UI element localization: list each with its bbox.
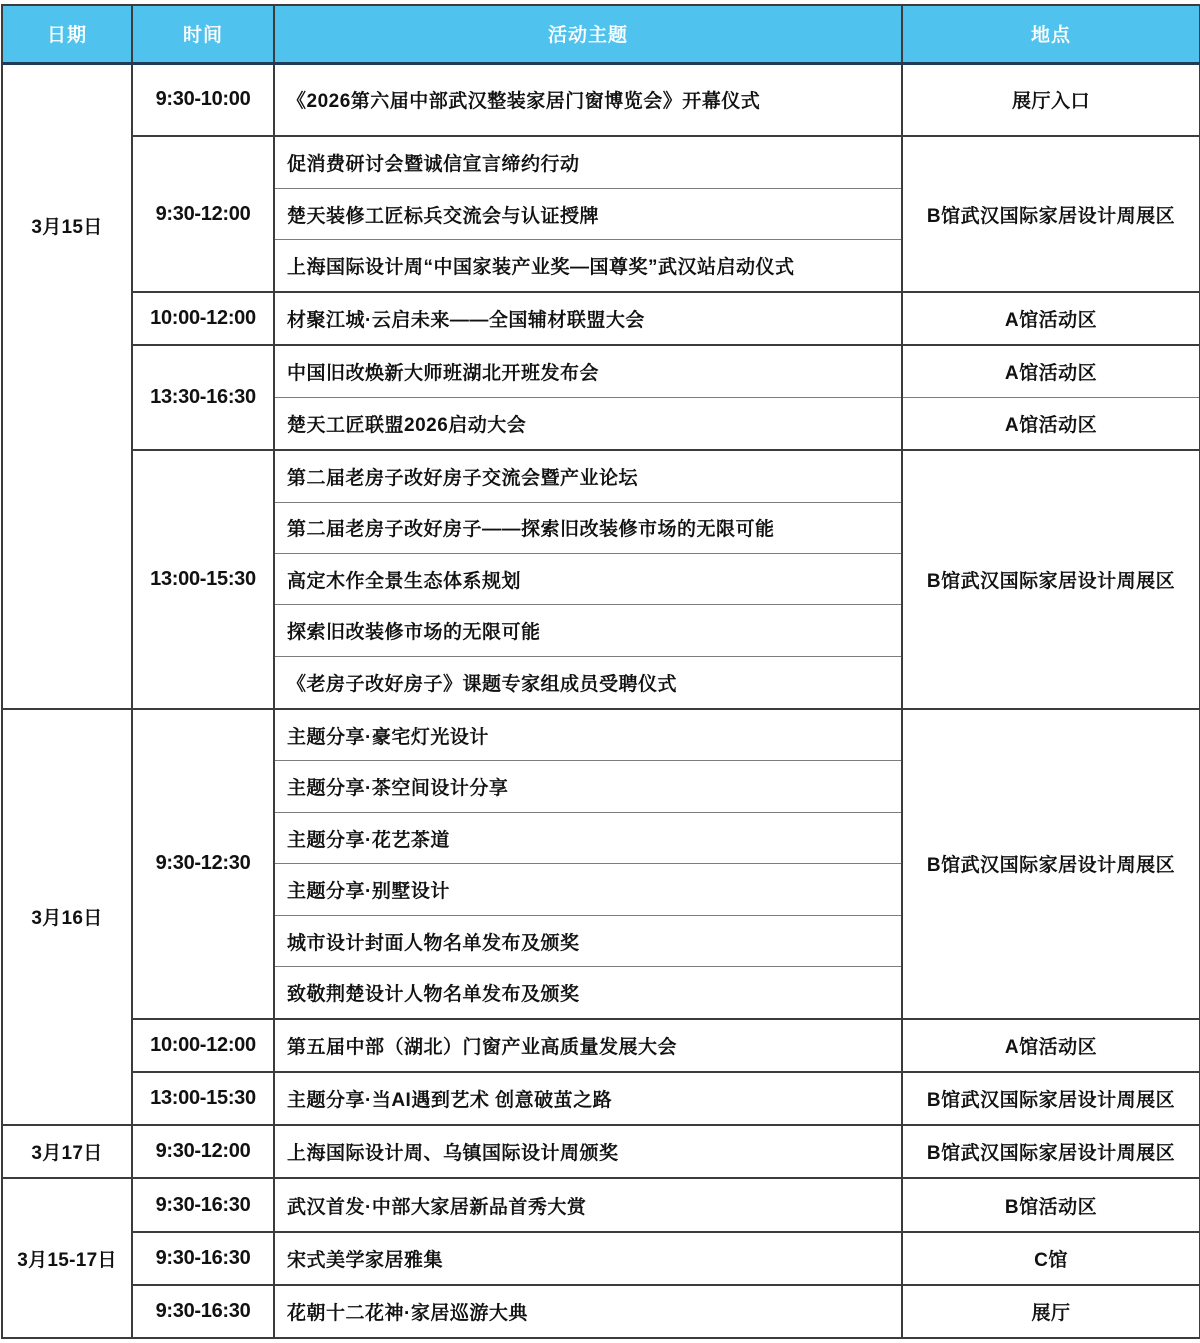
time-cell: 9:30-12:00 <box>132 136 274 292</box>
date-cell: 3月15日 <box>2 63 132 709</box>
schedule-page: 日期 时间 活动主题 地点 3月15日 9:30-10:00 《2026第六届中… <box>0 0 1200 1343</box>
table-row: 13:30-16:30 中国旧改焕新大师班湖北开班发布会 A馆活动区 <box>2 345 1200 397</box>
table-row: 3月17日 9:30-12:00 上海国际设计周、乌镇国际设计周颁奖 B馆武汉国… <box>2 1125 1200 1178</box>
time-cell: 13:00-15:30 <box>132 450 274 709</box>
date-cell: 3月17日 <box>2 1125 132 1178</box>
location-cell: A馆活动区 <box>902 345 1200 397</box>
theme-cell: 主题分享·豪宅灯光设计 <box>274 709 902 761</box>
time-cell: 10:00-12:00 <box>132 1019 274 1072</box>
location-cell: B馆武汉国际家居设计周展区 <box>902 709 1200 1019</box>
header-date: 日期 <box>2 5 132 63</box>
date-cell: 3月16日 <box>2 709 132 1126</box>
theme-cell: 材聚江城·云启未来——全国辅材联盟大会 <box>274 292 902 345</box>
theme-cell: 致敬荆楚设计人物名单发布及颁奖 <box>274 967 902 1019</box>
time-cell: 10:00-12:00 <box>132 292 274 345</box>
time-cell: 9:30-16:30 <box>132 1232 274 1285</box>
theme-cell: 武汉首发·中部大家居新品首秀大赏 <box>274 1178 902 1231</box>
theme-cell: 《老房子改好房子》课题专家组成员受聘仪式 <box>274 656 902 708</box>
time-cell: 9:30-10:00 <box>132 63 274 136</box>
table-row: 9:30-16:30 花朝十二花神·家居巡游大典 展厅 <box>2 1285 1200 1338</box>
table-row: 10:00-12:00 第五届中部（湖北）门窗产业高质量发展大会 A馆活动区 <box>2 1019 1200 1072</box>
location-cell: B馆武汉国际家居设计周展区 <box>902 136 1200 292</box>
theme-cell: 主题分享·茶空间设计分享 <box>274 761 902 812</box>
theme-cell: 主题分享·当AI遇到艺术 创意破茧之路 <box>274 1072 902 1125</box>
table-row: 13:00-15:30 主题分享·当AI遇到艺术 创意破茧之路 B馆武汉国际家居… <box>2 1072 1200 1125</box>
theme-cell: 主题分享·别墅设计 <box>274 864 902 915</box>
time-cell: 9:30-12:00 <box>132 1125 274 1178</box>
location-cell: 展厅入口 <box>902 63 1200 136</box>
date-cell: 3月15-17日 <box>2 1178 132 1338</box>
theme-cell: 第五届中部（湖北）门窗产业高质量发展大会 <box>274 1019 902 1072</box>
time-cell: 13:00-15:30 <box>132 1072 274 1125</box>
time-cell: 9:30-16:30 <box>132 1285 274 1338</box>
table-row: 10:00-12:00 材聚江城·云启未来——全国辅材联盟大会 A馆活动区 <box>2 292 1200 345</box>
theme-cell: 宋式美学家居雅集 <box>274 1232 902 1285</box>
theme-cell: 促消费研讨会暨诚信宣言缔约行动 <box>274 136 902 188</box>
theme-cell: 上海国际设计周、乌镇国际设计周颁奖 <box>274 1125 902 1178</box>
table-row: 3月16日 9:30-12:30 主题分享·豪宅灯光设计 B馆武汉国际家居设计周… <box>2 709 1200 761</box>
theme-cell: 《2026第六届中部武汉整装家居门窗博览会》开幕仪式 <box>274 63 902 136</box>
table-header: 日期 时间 活动主题 地点 <box>2 5 1200 63</box>
location-cell: A馆活动区 <box>902 397 1200 449</box>
time-cell: 9:30-16:30 <box>132 1178 274 1231</box>
theme-cell: 探索旧改装修市场的无限可能 <box>274 605 902 656</box>
table-row: 9:30-16:30 宋式美学家居雅集 C馆 <box>2 1232 1200 1285</box>
theme-cell: 第二届老房子改好房子交流会暨产业论坛 <box>274 450 902 502</box>
theme-cell: 花朝十二花神·家居巡游大典 <box>274 1285 902 1338</box>
location-cell: A馆活动区 <box>902 1019 1200 1072</box>
location-cell: B馆武汉国际家居设计周展区 <box>902 450 1200 709</box>
theme-cell: 主题分享·花艺茶道 <box>274 812 902 863</box>
header-location: 地点 <box>902 5 1200 63</box>
theme-cell: 楚天工匠联盟2026启动大会 <box>274 397 902 449</box>
table-row: 3月15-17日 9:30-16:30 武汉首发·中部大家居新品首秀大赏 B馆活… <box>2 1178 1200 1231</box>
theme-cell: 第二届老房子改好房子——探索旧改装修市场的无限可能 <box>274 502 902 553</box>
location-cell: B馆武汉国际家居设计周展区 <box>902 1072 1200 1125</box>
header-time: 时间 <box>132 5 274 63</box>
theme-cell: 楚天装修工匠标兵交流会与认证授牌 <box>274 188 902 239</box>
time-cell: 9:30-12:30 <box>132 709 274 1019</box>
theme-cell: 城市设计封面人物名单发布及颁奖 <box>274 915 902 966</box>
location-cell: C馆 <box>902 1232 1200 1285</box>
theme-cell: 中国旧改焕新大师班湖北开班发布会 <box>274 345 902 397</box>
location-cell: 展厅 <box>902 1285 1200 1338</box>
event-schedule-table: 日期 时间 活动主题 地点 3月15日 9:30-10:00 《2026第六届中… <box>1 4 1200 1339</box>
location-cell: A馆活动区 <box>902 292 1200 345</box>
time-cell: 13:30-16:30 <box>132 345 274 450</box>
theme-cell: 上海国际设计周“中国家装产业奖—国尊奖”武汉站启动仪式 <box>274 240 902 292</box>
location-cell: B馆活动区 <box>902 1178 1200 1231</box>
theme-cell: 高定木作全景生态体系规划 <box>274 554 902 605</box>
location-cell: B馆武汉国际家居设计周展区 <box>902 1125 1200 1178</box>
table-row: 13:00-15:30 第二届老房子改好房子交流会暨产业论坛 B馆武汉国际家居设… <box>2 450 1200 502</box>
table-row: 9:30-12:00 促消费研讨会暨诚信宣言缔约行动 B馆武汉国际家居设计周展区 <box>2 136 1200 188</box>
header-theme: 活动主题 <box>274 5 902 63</box>
table-row: 3月15日 9:30-10:00 《2026第六届中部武汉整装家居门窗博览会》开… <box>2 63 1200 136</box>
